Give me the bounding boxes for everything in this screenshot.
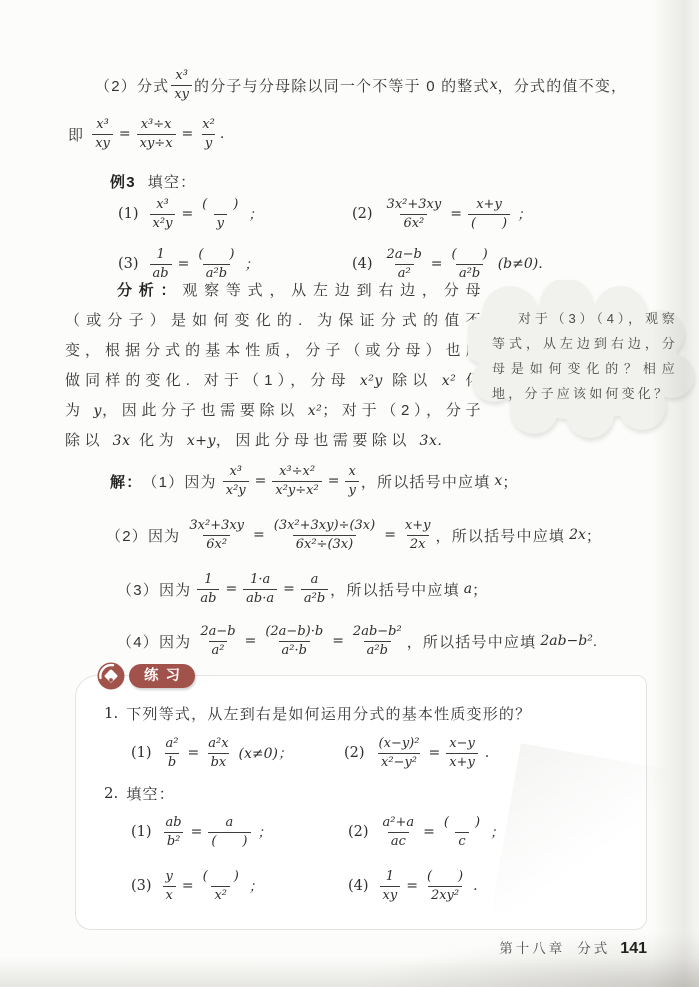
equals-sign: = <box>178 256 190 272</box>
item-number: (1) <box>131 745 152 761</box>
practice-item: (3) yx = ( )x² ； <box>131 860 263 912</box>
page-edge-shade-bottom <box>0 957 699 987</box>
fraction: x³÷x²x²y÷x² <box>272 463 321 499</box>
denominator: a²·b <box>279 641 310 660</box>
fraction: ( )c <box>441 814 483 850</box>
numerator: 1 <box>201 571 215 589</box>
numerator: x³ <box>226 463 245 481</box>
fraction: abb² <box>163 814 185 850</box>
numerator: x+y <box>402 517 434 535</box>
question-text: 下列等式，从左到右是如何运用分式的基本性质变形的？ <box>126 703 531 724</box>
denominator: a²b <box>364 641 391 660</box>
intro-lead-2: 即 <box>68 124 84 145</box>
denominator: 2x <box>407 535 429 554</box>
denominator: xy <box>380 886 401 905</box>
practice-pen-icon <box>96 661 126 691</box>
fraction: x³xy <box>92 116 113 152</box>
item-number: (1) <box>131 824 152 840</box>
numerator: a²+a <box>380 814 418 832</box>
denominator: b² <box>164 832 184 851</box>
practice-item: (1) a²b = a²xbx (x≠0)； <box>131 728 292 778</box>
fraction: 1ab <box>197 571 219 607</box>
item-number: (3) <box>118 256 139 272</box>
analysis-paragraph: 分析：观察等式，从左边到右边，分母（或分子）是如何变化的. 为保证分式的值不变，… <box>65 276 485 456</box>
fraction: x³xy <box>171 67 192 103</box>
equals-sign: = <box>332 633 344 649</box>
numerator: 1 <box>153 246 167 264</box>
solution-end: ； <box>472 579 488 600</box>
fraction: 3x²+3xy6x² <box>186 517 247 553</box>
item-end: ； <box>517 204 531 224</box>
solution-post: ，所以括号中应填 <box>407 631 537 652</box>
denominator: ab <box>197 589 219 608</box>
solution-pre: 因为 <box>159 631 191 652</box>
equals-sign: = <box>450 206 462 222</box>
intro-line-1: （2）分式 x³xy 的分子与分母除以同一个不等于 0 的整式 x ，分式的值不… <box>95 62 627 108</box>
solution-post: ，所以括号中应填 <box>330 579 460 600</box>
equals-sign: = <box>182 126 194 142</box>
footer-section: 分式 <box>577 937 610 957</box>
fraction: a²b <box>163 735 182 771</box>
denominator: xy÷x <box>137 134 176 153</box>
fraction: 2a−ba² <box>197 623 238 659</box>
item-end: ； <box>490 822 504 842</box>
analysis-text: 化为 <box>130 432 186 449</box>
item-end: (b≠0). <box>498 256 543 272</box>
equals-sign: = <box>255 473 267 489</box>
fraction: 2ab−b²a²b <box>350 623 405 659</box>
numerator: x³ <box>93 116 112 134</box>
solution-pre: 因为 <box>148 525 180 546</box>
numerator: x² <box>199 116 218 134</box>
numerator: 2a−b <box>197 623 238 641</box>
analysis-math: 3x <box>113 433 131 449</box>
solution-line: 解： （1） 因为 x³x²y = x³÷x²x²y÷x² = xy ，所以括号… <box>110 456 519 506</box>
item-number: （4） <box>117 631 159 652</box>
numerator: 3x²+3xy <box>384 196 445 214</box>
item-end: ； <box>249 876 263 896</box>
fraction: x+y2x <box>402 517 434 553</box>
equals-sign: = <box>181 206 193 222</box>
footer-page-number: 141 <box>620 940 647 958</box>
page-edge-shade-right <box>651 0 699 987</box>
fraction: ( )x² <box>200 868 242 904</box>
numerator: (2a−b)·b <box>262 623 326 641</box>
item-number: (1) <box>118 206 139 222</box>
solution-end: ； <box>586 525 602 546</box>
fraction: a²xbx <box>205 735 231 771</box>
question-number: 1. <box>104 704 118 722</box>
fraction: 1xy <box>380 868 401 904</box>
thought-cloud: 对于（3）（4），观察等式，从左边到右边，分母是如何变化的？相应地，分子应该如何… <box>468 280 696 440</box>
fraction: ( )2xy² <box>424 868 466 904</box>
intro-tail: 的分子与分母除以同一个不等于 0 的整式 <box>194 75 490 96</box>
solution-post: ，所以括号中应填 <box>361 471 491 492</box>
solution-pre: 因为 <box>159 579 191 600</box>
fraction: (2a−b)·ba²·b <box>262 623 326 659</box>
numerator: (3x²+3xy)÷(3x) <box>271 517 378 535</box>
denominator: y <box>214 214 227 233</box>
question-2: 2. 填空： <box>104 782 175 804</box>
item-end: . <box>485 745 489 761</box>
analysis-text: ，因此分母也需要除以 <box>216 432 420 449</box>
item-end: ； <box>248 204 262 224</box>
fraction: ( )y <box>199 196 241 232</box>
numerator: y <box>163 868 176 886</box>
numerator: a²x <box>205 735 231 753</box>
numerator: a² <box>163 735 182 753</box>
fraction: x³÷xxy÷x <box>137 116 176 152</box>
fraction: (x−y)²x²−y² <box>376 735 423 771</box>
solution-answer: 2ab−b² <box>540 633 593 649</box>
item-number: (2) <box>344 745 365 761</box>
equals-sign: = <box>328 473 340 489</box>
numerator: a <box>308 571 322 589</box>
fraction: aa²b <box>301 571 328 607</box>
equals-sign: = <box>188 745 200 761</box>
numerator: ( ) <box>441 814 483 832</box>
intro-equation-line: 即 x³xy = x³÷xxy÷x = x²y . <box>68 108 228 160</box>
denominator: ab·a <box>243 589 277 608</box>
solution-pre: 因为 <box>184 471 216 492</box>
denominator: 2xy² <box>428 886 462 905</box>
solution-answer: x <box>494 473 502 489</box>
practice-badge: 练习 <box>129 664 195 689</box>
denominator: x²y <box>223 481 249 500</box>
analysis-math: x²y <box>360 373 383 389</box>
denominator: xy <box>92 134 113 153</box>
numerator: ( ) <box>200 868 242 886</box>
item-number: （2） <box>106 525 148 546</box>
numerator: (x−y)² <box>376 735 423 753</box>
cloud-text: 对于（3）（4），观察等式，从左边到右边，分母是如何变化的？相应地，分子应该如何… <box>492 306 678 406</box>
numerator: x³ <box>172 67 191 85</box>
practice-item: (1) abb² = a( ) ； <box>131 806 272 858</box>
denominator: x²y <box>150 214 176 233</box>
denominator: x+y <box>446 753 478 772</box>
example-label: 例3 <box>110 171 136 192</box>
numerator: 3x²+3xy <box>186 517 247 535</box>
denominator: ac <box>388 832 409 851</box>
numerator: 1 <box>383 868 397 886</box>
example-title: 填空： <box>148 171 197 192</box>
numerator: ab <box>163 814 185 832</box>
equals-sign: = <box>253 527 265 543</box>
equals-sign: = <box>423 824 435 840</box>
item-end: . <box>473 878 477 894</box>
analysis-label: 分析： <box>117 282 182 299</box>
denominator: 6x² <box>203 535 230 554</box>
numerator: ( ) <box>199 196 241 214</box>
page-footer: 第十八章 分式 141 <box>499 937 647 958</box>
equals-sign: = <box>384 527 396 543</box>
denominator: x <box>163 886 176 905</box>
item-number: （1） <box>142 471 184 492</box>
item-number: (2) <box>348 824 369 840</box>
analysis-text: 除以 <box>383 372 442 389</box>
solution-answer: a <box>464 581 472 597</box>
footer-chapter: 第十八章 <box>499 937 565 957</box>
analysis-math: x² <box>442 373 457 389</box>
solution-end: . <box>593 633 598 650</box>
analysis-math: 3x. <box>420 433 443 449</box>
intro-lead: （2）分式 <box>95 75 169 96</box>
solution-answer: 2x <box>569 527 586 543</box>
solution-post: ，所以括号中应填 <box>436 525 566 546</box>
numerator: x³ <box>153 196 172 214</box>
numerator: ( ) <box>195 246 237 264</box>
denominator: x²−y² <box>378 753 420 772</box>
item-end: ； <box>245 254 259 274</box>
solution-end: ； <box>502 471 518 492</box>
equals-sign: = <box>406 878 418 894</box>
practice-header: 练习 <box>96 661 195 691</box>
equals-sign: = <box>283 581 295 597</box>
analysis-math: x² <box>308 403 323 419</box>
numerator: x³÷x <box>138 116 175 134</box>
equals-sign: = <box>191 824 203 840</box>
denominator: x²y÷x² <box>272 481 321 500</box>
item-number: (3) <box>131 878 152 894</box>
numerator: x³÷x² <box>276 463 318 481</box>
question-number: 2. <box>104 784 118 802</box>
denominator: 6x²÷(3x) <box>293 535 356 554</box>
numerator: 2ab−b² <box>350 623 405 641</box>
fraction: x−yx+y <box>446 735 478 771</box>
question-text: 填空： <box>126 783 175 804</box>
solution-label: 解： <box>110 471 142 492</box>
question-1: 1. 下列等式，从左到右是如何运用分式的基本性质变形的？ <box>104 702 531 724</box>
equals-sign: = <box>182 878 194 894</box>
fraction: yx <box>163 868 176 904</box>
numerator: 2a−b <box>384 246 425 264</box>
denominator: y <box>202 134 215 153</box>
equals-sign: = <box>225 581 237 597</box>
denominator: ( ) <box>208 832 250 851</box>
fraction: (3x²+3xy)÷(3x)6x²÷(3x) <box>271 517 378 553</box>
numerator: 1·a <box>247 571 273 589</box>
denominator: a²b <box>301 589 328 608</box>
item-end: (x≠0)； <box>239 743 292 763</box>
solution-line: （4） 因为 2a−ba² = (2a−b)·ba²·b = 2ab−b²a²b… <box>117 614 598 668</box>
equals-sign: = <box>431 256 443 272</box>
numerator: ( ) <box>424 868 466 886</box>
practice-item: (2) (x−y)²x²−y² = x−yx+y . <box>344 728 489 778</box>
fraction: x³x²y <box>223 463 249 499</box>
example-heading: 例3 填空： <box>110 170 196 192</box>
intro-tail-2: ，分式的值不变， <box>498 75 628 96</box>
denominator: x² <box>211 886 230 905</box>
fraction: xy <box>345 463 358 499</box>
example-item: (2) 3x²+3xy6x² = x+y( ) ； <box>352 190 531 238</box>
fraction: a( ) <box>208 814 250 850</box>
practice-item: (4) 1xy = ( )2xy² . <box>348 860 478 912</box>
analysis-text: ，因此分子也需要除以 <box>102 402 308 419</box>
fraction: x²y <box>199 116 218 152</box>
denominator: 6x² <box>400 214 427 233</box>
item-end: ； <box>258 822 272 842</box>
period: . <box>220 126 224 142</box>
denominator: y <box>345 481 358 500</box>
denominator: a² <box>209 641 228 660</box>
analysis-math: y <box>94 403 102 419</box>
fraction: 3x²+3xy6x² <box>384 196 445 232</box>
example-item: (1) x³x²y = ( )y ； <box>118 190 262 238</box>
numerator: x−y <box>446 735 478 753</box>
solution-line: （3） 因为 1ab = 1·aab·a = aa²b ，所以括号中应填 a ； <box>117 564 488 614</box>
denominator: ( ) <box>468 214 510 233</box>
numerator: x <box>345 463 358 481</box>
denominator: bx <box>208 753 230 772</box>
solution-line: （2） 因为 3x²+3xy6x² = (3x²+3xy)÷(3x)6x²÷(3… <box>106 506 602 564</box>
denominator: b <box>165 753 179 772</box>
fraction: x+y( ) <box>468 196 510 232</box>
equals-sign: = <box>428 745 440 761</box>
fraction: x³x²y <box>150 196 176 232</box>
fraction: 1·aab·a <box>243 571 277 607</box>
item-number: (2) <box>352 206 373 222</box>
item-number: (4) <box>352 256 373 272</box>
intro-variable: x <box>490 77 498 93</box>
practice-panel: 练习 1. 下列等式，从左到右是如何运用分式的基本性质变形的？ (1) a²b … <box>75 675 647 930</box>
numerator: a <box>223 814 237 832</box>
equals-sign: = <box>245 633 257 649</box>
equals-sign: = <box>119 126 131 142</box>
numerator: ( ) <box>449 246 491 264</box>
textbook-page: （2）分式 x³xy 的分子与分母除以同一个不等于 0 的整式 x ，分式的值不… <box>0 0 699 987</box>
analysis-math: x+y <box>187 433 216 449</box>
denominator: xy <box>171 85 192 104</box>
item-number: (4) <box>348 878 369 894</box>
denominator: c <box>455 832 468 851</box>
numerator: x+y <box>473 196 505 214</box>
practice-item: (2) a²+aac = ( )c ； <box>348 806 504 858</box>
fraction: a²+aac <box>380 814 418 850</box>
item-number: （3） <box>117 579 159 600</box>
